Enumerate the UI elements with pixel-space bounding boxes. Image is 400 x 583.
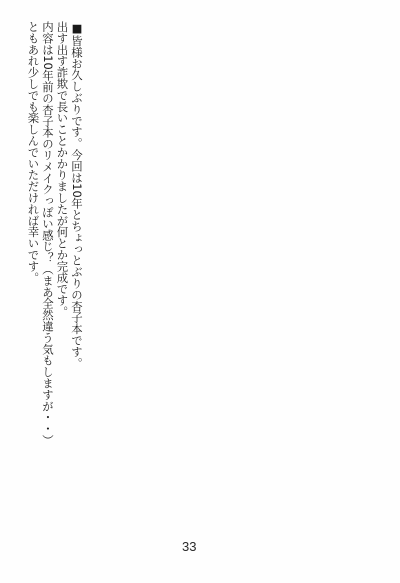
afterword-text: ■皆様お久しぶりです。今回は10年とちょっとぶりの杏子本です。 出す出す詐欺で長… <box>26 21 84 421</box>
text-line: ともあれ少しでも楽しんでいただければ幸いです。 <box>26 21 41 421</box>
text-line: 出す出す詐欺で長いことかかりましたが何とか完成です。 <box>55 21 70 421</box>
text-line: ■皆様お久しぶりです。今回は10年とちょっとぶりの杏子本です。 <box>70 21 85 421</box>
page-number: 33 <box>182 539 196 554</box>
text-line: 内容は10年前の杏子本のリメイクっぽい感じ？（まあ全然違う気もしますが・・） <box>41 21 56 421</box>
document-page: ■皆様お久しぶりです。今回は10年とちょっとぶりの杏子本です。 出す出す詐欺で長… <box>0 0 400 583</box>
